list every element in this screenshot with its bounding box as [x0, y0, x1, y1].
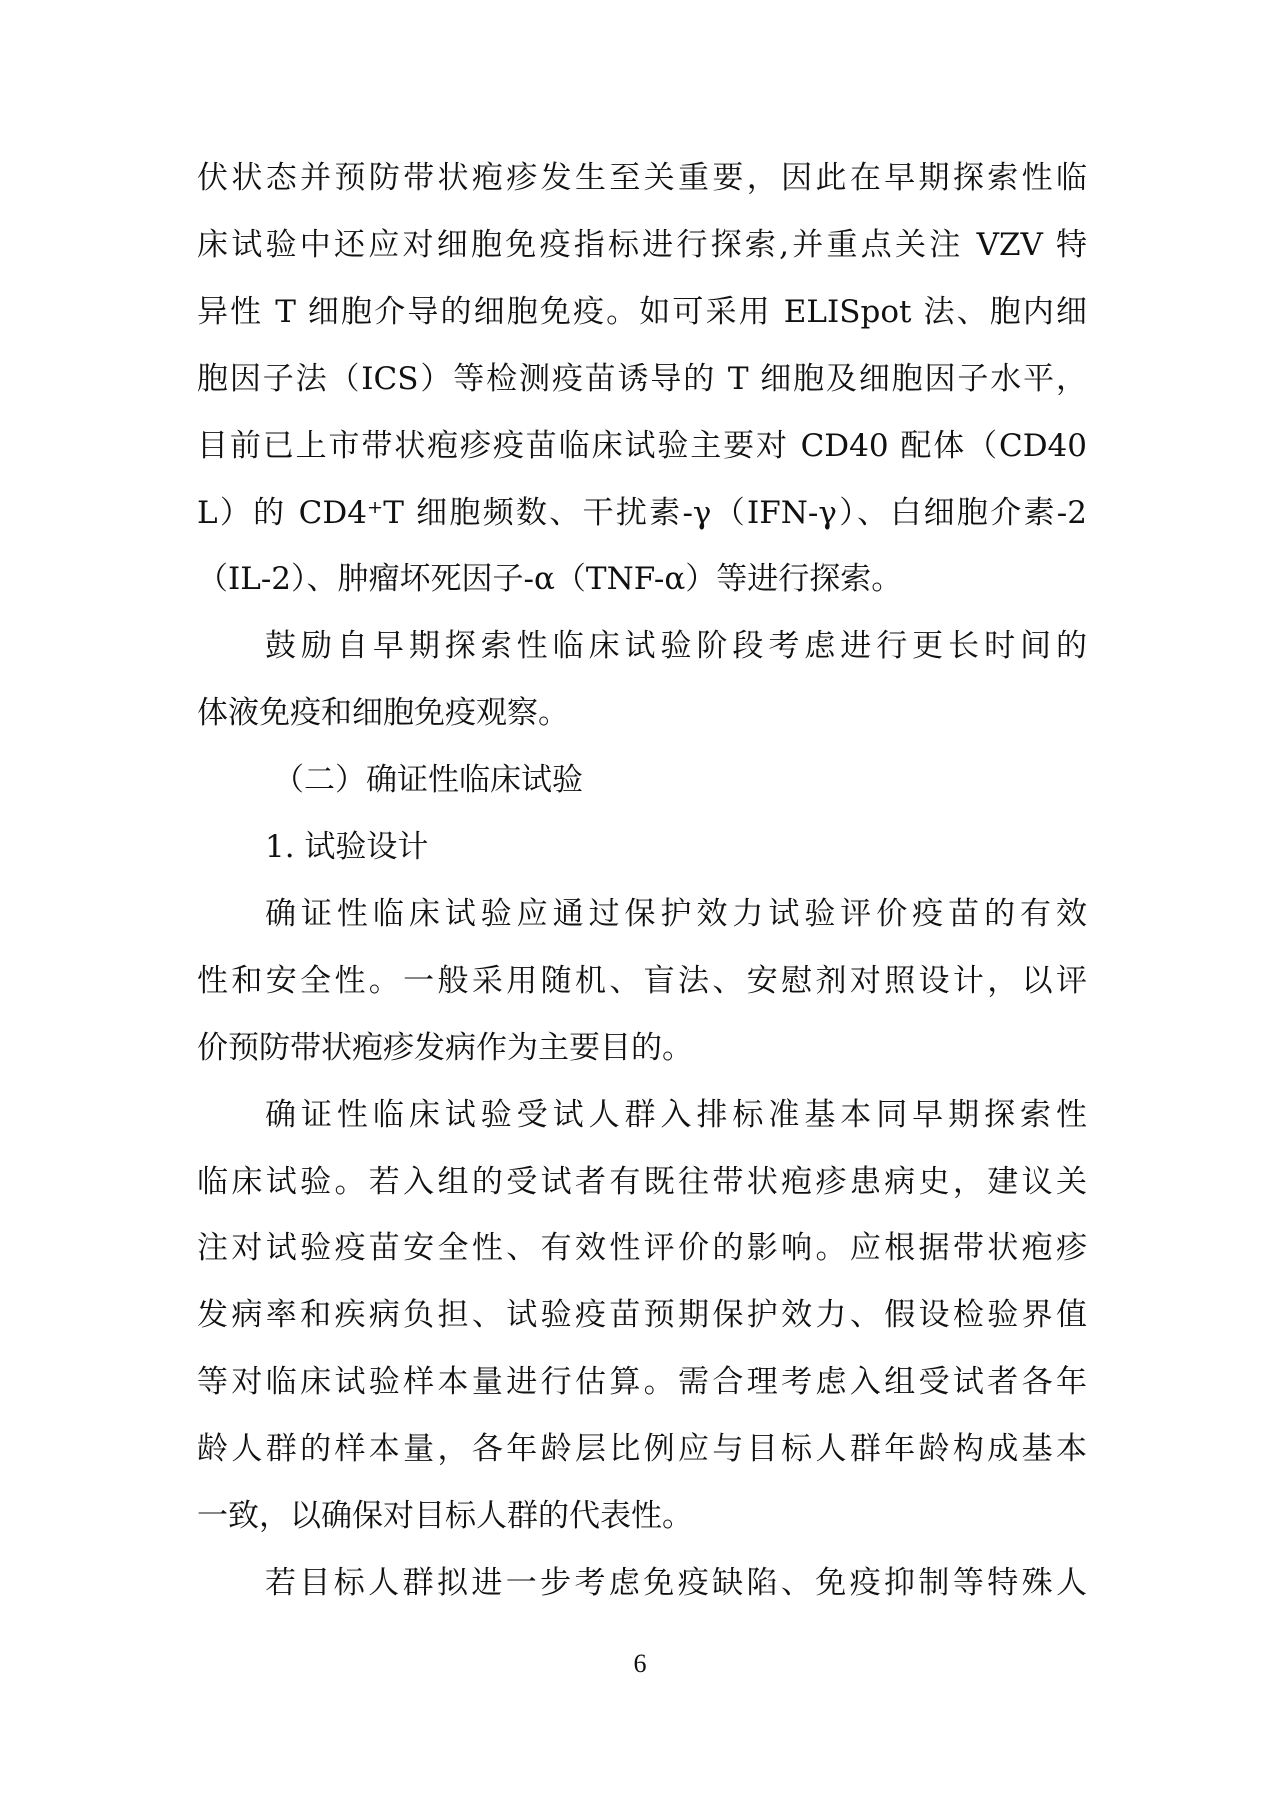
text-line-13: 性和安全性。一般采用随机、盲法、安慰剂对照设计，以评 [197, 959, 1087, 1003]
text-line-20: 龄人群的样本量，各年龄层比例应与目标人群年龄构成基本 [197, 1427, 1087, 1471]
text-line-19: 等对临床试验样本量进行估算。需合理考虑入组受试者各年 [197, 1360, 1087, 1404]
paragraph-start-line: 鼓励自早期探索性临床试验阶段考虑进行更长时间的 [265, 624, 1087, 668]
text-line-18: 发病率和疾病负担、试验疫苗预期保护效力、假设检验界值 [197, 1293, 1087, 1337]
text-line-4: 胞因子法（ICS）等检测疫苗诱导的 T 细胞及细胞因子水平， [197, 357, 1087, 401]
text-line-17: 注对试验疫苗安全性、有效性评价的影响。应根据带状疱疹 [197, 1226, 1087, 1270]
text-line-3: 异性 T 细胞介导的细胞免疫。如可采用 ELISpot 法、胞内细 [197, 290, 1087, 334]
paragraph-start-line: 确证性临床试验受试人群入排标准基本同早期探索性 [265, 1093, 1087, 1137]
page-number: 6 [620, 1646, 660, 1682]
section-heading: （二）确证性临床试验 [273, 758, 773, 802]
paragraph-start-line: 若目标人群拟进一步考虑免疫缺陷、免疫抑制等特殊人 [265, 1561, 1087, 1605]
text-line-9: 体液免疫和细胞免疫观察。 [197, 691, 1087, 735]
document-page: 伏状态并预防带状疱疹发生至关重要，因此在早期探索性临 床试验中还应对细胞免疫指标… [0, 0, 1280, 1810]
text-line-7: （IL-2）、肿瘤坏死因子-α（TNF-α）等进行探索。 [197, 557, 1087, 601]
text-line-2: 床试验中还应对细胞免疫指标进行探索,并重点关注 VZV 特 [197, 223, 1087, 267]
text-line-1: 伏状态并预防带状疱疹发生至关重要，因此在早期探索性临 [197, 156, 1087, 200]
subsection-heading: 1. 试验设计 [265, 825, 1087, 869]
text-line-16: 临床试验。若入组的受试者有既往带状疱疹患病史，建议关 [197, 1160, 1087, 1204]
text-line-14: 价预防带状疱疹发病作为主要目的。 [197, 1026, 1087, 1070]
text-line-21: 一致，以确保对目标人群的代表性。 [197, 1494, 1087, 1538]
text-line-6: L）的 CD4⁺T 细胞频数、干扰素-γ（IFN-γ）、白细胞介素-2 [197, 491, 1087, 535]
text-line-5: 目前已上市带状疱疹疫苗临床试验主要对 CD40 配体（CD40 [197, 424, 1087, 468]
paragraph-start-line: 确证性临床试验应通过保护效力试验评价疫苗的有效 [265, 892, 1087, 936]
